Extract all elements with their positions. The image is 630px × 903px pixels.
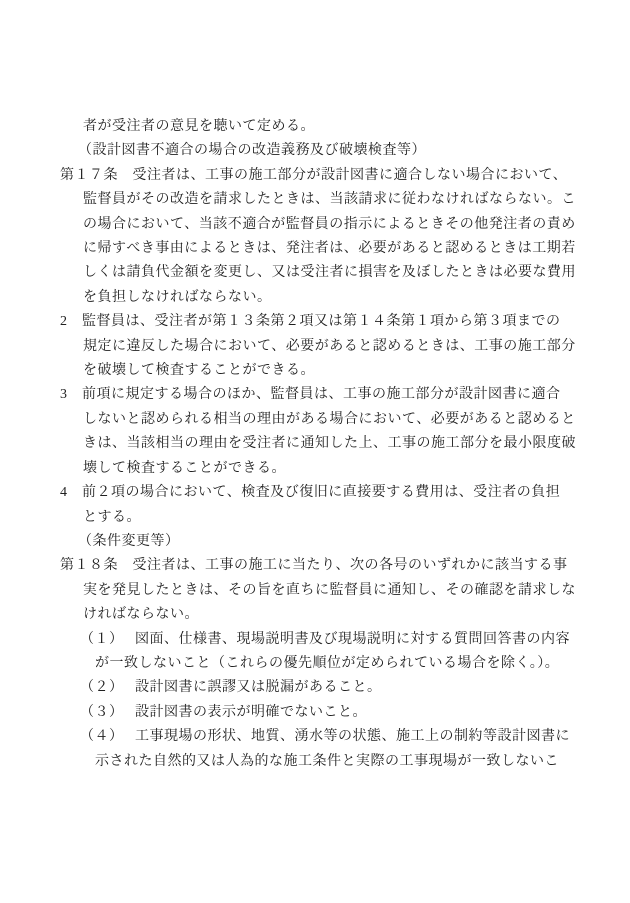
document-line: を破壊して検査することができる。 <box>60 359 580 383</box>
document-line: 4 前２項の場合において、検査及び復旧に直接要する費用は、受注者の負担 <box>60 481 580 505</box>
document-line: ければならない。 <box>60 603 580 627</box>
document-line: が一致しないこと（これらの優先順位が定められている場合を除く。）。 <box>60 652 580 676</box>
document-line: （４） 工事現場の形状、地質、湧水等の状態、施工上の制約等設計図書に <box>60 725 580 749</box>
document-line: を負担しなければならない。 <box>60 286 580 310</box>
document-line: 規定に違反した場合において、必要があると認めるときは、工事の施工部分 <box>60 335 580 359</box>
document-line: （１） 図面、仕様書、現場説明書及び現場説明に対する質問回答書の内容 <box>60 628 580 652</box>
document-line: の場合において、当該不適合が監督員の指示によるときその他発注者の責め <box>60 213 580 237</box>
document-line: しないと認められる相当の理由がある場合において、必要があると認めると <box>60 408 580 432</box>
document-page: 者が受注者の意見を聴いて定める。（設計図書不適合の場合の改造義務及び破壊検査等）… <box>0 0 630 903</box>
document-line: とする。 <box>60 506 580 530</box>
document-line: （３） 設計図書の表示が明確でないこと。 <box>60 701 580 725</box>
document-line: 第１８条 受注者は、工事の施工に当たり、次の各号のいずれかに該当する事 <box>60 554 580 578</box>
document-line: （条件変更等） <box>60 530 580 554</box>
document-line: 壊して検査することができる。 <box>60 457 580 481</box>
document-line: 第１７条 受注者は、工事の施工部分が設計図書に適合しない場合において、 <box>60 164 580 188</box>
document-line: 2 監督員は、受注者が第１３条第２項又は第１４条第１項から第３項までの <box>60 310 580 334</box>
document-text-body: 者が受注者の意見を聴いて定める。（設計図書不適合の場合の改造義務及び破壊検査等）… <box>60 115 580 774</box>
document-line: 監督員がその改造を請求したときは、当該請求に従わなければならない。こ <box>60 188 580 212</box>
document-line: 実を発見したときは、その旨を直ちに監督員に通知し、その確認を請求しな <box>60 579 580 603</box>
document-line: に帰すべき事由によるときは、発注者は、必要があると認めるときは工期若 <box>60 237 580 261</box>
document-line: （２） 設計図書に誤謬又は脱漏があること。 <box>60 676 580 700</box>
document-line: きは、当該相当の理由を受注者に通知した上、工事の施工部分を最小限度破 <box>60 432 580 456</box>
document-line: 3 前項に規定する場合のほか、監督員は、工事の施工部分が設計図書に適合 <box>60 383 580 407</box>
document-line: しくは請負代金額を変更し、又は受注者に損害を及ぼしたときは必要な費用 <box>60 261 580 285</box>
document-line: 示された自然的又は人為的な施工条件と実際の工事現場が一致しないこ <box>60 750 580 774</box>
document-line: 者が受注者の意見を聴いて定める。 <box>60 115 580 139</box>
document-line: （設計図書不適合の場合の改造義務及び破壊検査等） <box>60 139 580 163</box>
